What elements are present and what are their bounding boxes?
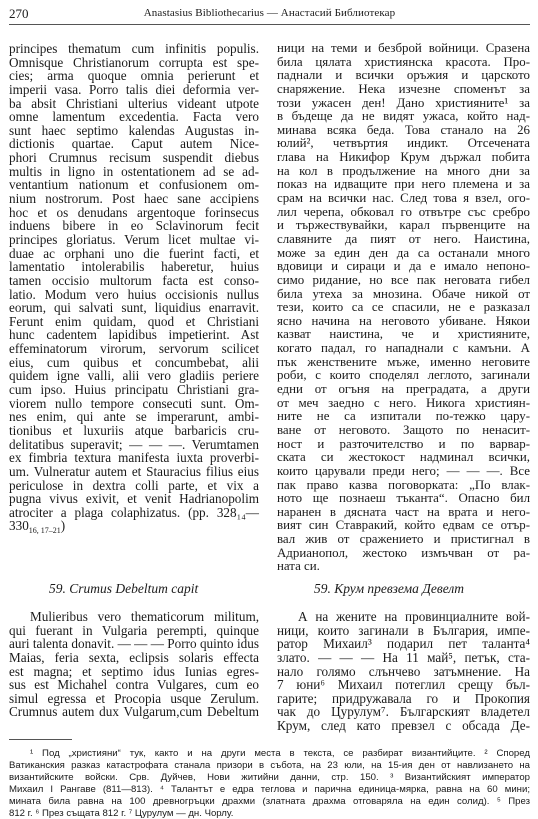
text-line: които царували преди него; — — —. Все bbox=[277, 465, 530, 479]
text-line: simul egressa et Procopia usque Zerulum. bbox=[9, 692, 259, 706]
text-line: ност и разточителство и по варвар- bbox=[277, 438, 530, 452]
text-line: ници, които загинали в България, импе- bbox=[277, 624, 530, 638]
citation-lines-subscript: 16, 17–21 bbox=[29, 526, 61, 535]
text-line: auri talenta donavit. — — — Porro quinto… bbox=[9, 637, 259, 651]
text-line: ex fimbria textura manifesta iuxta prove… bbox=[9, 451, 259, 465]
text-line: ската си жестокост надминал всички, bbox=[277, 451, 530, 465]
text-line: вият син Ставракий, който едвам се отър- bbox=[277, 519, 530, 533]
text-line: Ferunt enim quidam, quod et Christiani bbox=[9, 315, 259, 329]
text-line: вал жив от сражението и пристигнал в bbox=[277, 533, 530, 547]
citation-close: ) bbox=[61, 518, 65, 533]
text-line: и тържествувайки, карал първенците на bbox=[277, 219, 530, 233]
text-line: от меч заедно с него. Никога християн- bbox=[277, 397, 530, 411]
text-line: била цялата християнска красота. Про- bbox=[277, 56, 530, 70]
text-line: cies; arma quoque omnia perierunt et bbox=[9, 69, 259, 83]
text-line: sus est Michahel contra Vulgares, cum eo bbox=[9, 678, 259, 692]
text-line: ване от неговото. Защото по ненасит- bbox=[277, 424, 530, 438]
text-line: пък женствените мъже, именно неговите bbox=[277, 356, 530, 370]
text-line: ници на теми и безброй войници. Сразена bbox=[277, 42, 530, 56]
text-line: може за един ден да са останали много bbox=[277, 247, 530, 261]
text-line: ba absit Christiani ulterius videant utp… bbox=[9, 97, 259, 111]
text-line: imperii vasa. Porro talis diei deformia … bbox=[9, 83, 259, 97]
citation-page: 330 bbox=[9, 518, 29, 533]
text-line: била утеха за мнозина. Обаче никой от bbox=[277, 288, 530, 302]
text-line: на кол в продължение на много дни за bbox=[277, 165, 530, 179]
text-line: lamentatio intolerabilis haberetur, huiu… bbox=[9, 260, 259, 274]
text-line: в бъдеще да не видят ужаса, който над- bbox=[277, 110, 530, 124]
text-line: est magna; et septimo idus Iunias egres- bbox=[9, 665, 259, 679]
section-heading-latin: 59. Crumus Debeltum capit bbox=[49, 581, 198, 597]
text-line: qui fuerant in Vulgaria perempti, quinqu… bbox=[9, 624, 259, 638]
text-line: quidem igne valli, alii vero gladiis per… bbox=[9, 369, 259, 383]
text-line: чак до Цурулум⁷. Българският владетел bbox=[277, 705, 530, 719]
text-line: лил черепа, обковал го отвътре със сребр… bbox=[277, 206, 530, 220]
text-line: снаряжение. Нека изчезне споменът за bbox=[277, 83, 530, 97]
text-line: Крум, след като превзел с обсада Де- bbox=[277, 719, 530, 733]
footnote-line: 812 г. ⁶ През същата 812 г. ⁷ Цурулум — … bbox=[9, 808, 530, 819]
text-line: cum ipso. Huius principatu Christiani gr… bbox=[9, 383, 259, 397]
bulgarian-section-59: А на жените на провинциалните вой- ници,… bbox=[277, 610, 530, 733]
text-line: ventantium nationum et confusionem om- bbox=[9, 178, 259, 192]
text-line: наранен в дясната част на врата и него- bbox=[277, 506, 530, 520]
footnote-separator bbox=[9, 739, 72, 740]
text-line: юлий², четвъртия индикт. Отсечената bbox=[277, 137, 530, 151]
text-line: нало голямо слънчево затъмнение. На bbox=[277, 665, 530, 679]
text-line: гарите; придружавала го и Прокопия bbox=[277, 692, 530, 706]
text-line: вдовици и сираци и да е имало непоно- bbox=[277, 260, 530, 274]
text-line: induens bibere in eo Sclavinorum fecit bbox=[9, 219, 259, 233]
text-line: А на жените на провинциалните вой- bbox=[277, 610, 530, 624]
text-line: ясно начина на неговото убиване. Някои bbox=[277, 315, 530, 329]
text-line: симо ридание, но все пак неговата гибел bbox=[277, 274, 530, 288]
latin-column-continuation: principes thematum cum infinitis populis… bbox=[9, 42, 259, 533]
text-line: um. Vulneratur autem et Stauracius filiu… bbox=[9, 465, 259, 479]
page-header: 270 Anastasius Bibliothecarius — Анастас… bbox=[9, 6, 530, 25]
text-line: Crumnus autem dux Vulgarum,cum Debeltum bbox=[9, 705, 259, 719]
text-line: Адрианопол, жестоко измъчван от ра- bbox=[277, 547, 530, 561]
text-line: паднали и всички оръжия и царското bbox=[277, 69, 530, 83]
footnote-line: Ватиканския разказ катастрофата станала … bbox=[9, 760, 530, 772]
text-line: славяните да пият от него. Наистина, bbox=[277, 233, 530, 247]
citation-line: 33016, 17–21) bbox=[9, 519, 259, 533]
text-line: atrociter a plaga colaphizatus. (pp. 328… bbox=[9, 506, 259, 520]
footnote-line: Михаил I Рангаве (811—813). ⁴ Талантът е… bbox=[9, 784, 530, 796]
text-line: dictionis quartae. Caput autem Nice- bbox=[9, 137, 259, 151]
text-line: pugna vivus exivit, et venit Hadrianopol… bbox=[9, 492, 259, 506]
text-line: ната си. bbox=[277, 560, 530, 574]
text-line: Omnisque Christianorum corrupta est spe- bbox=[9, 56, 259, 70]
text-line: principes thematum cum infinitis populis… bbox=[9, 42, 259, 56]
footnotes: ¹ Под „християни“ тук, както и на други … bbox=[9, 748, 530, 819]
footnote-line: мината била равна на 100 древногръцки др… bbox=[9, 796, 530, 808]
section-heading-bulgarian: 59. Крум превзема Девелт bbox=[314, 581, 464, 597]
text-line: multis in ligno in ostentationem ad se a… bbox=[9, 165, 259, 179]
text-line: когато падал, го нападнали с камъни. А bbox=[277, 342, 530, 356]
book-page: 270 Anastasius Bibliothecarius — Анастас… bbox=[0, 0, 538, 819]
text-line: hoc et os denudans argentoque forinsecus bbox=[9, 206, 259, 220]
text-line: delitatibus superavit; — — —. Verumtamen bbox=[9, 438, 259, 452]
text-line: казват наистина, че и християните, bbox=[277, 328, 530, 342]
text-line: hunc cadentem lapidibus impetierint. Ast bbox=[9, 328, 259, 342]
text-line: nes enim, qui ante se imperarunt, ambi- bbox=[9, 410, 259, 424]
text-line: глава на Никифор Крум държал побита bbox=[277, 151, 530, 165]
text-line: tionibus et luxuriis atque barbaricis cr… bbox=[9, 424, 259, 438]
text-line: eius, cum quibus et concumbebat, alii bbox=[9, 356, 259, 370]
bulgarian-column-continuation: ници на теми и безброй войници. Сразена … bbox=[277, 42, 530, 574]
text-line: eorum, qui salvati sunt, liquidius enarr… bbox=[9, 301, 259, 315]
text-line: ните не са изпитали по-тежко цару- bbox=[277, 410, 530, 424]
text-line: едни от огъня на преградата, а други bbox=[277, 383, 530, 397]
text-line: 7 юни⁶ Михаил потеглил срещу бъл- bbox=[277, 678, 530, 692]
text-line: ратор Михаил³ подарил пет таланта⁴ bbox=[277, 637, 530, 651]
text-line: effeminatorum virorum, servorum scilicet bbox=[9, 342, 259, 356]
footnote-line: ¹ Под „християни“ тук, както и на други … bbox=[9, 748, 530, 760]
text-line: тези, които са се спасили, не е разказал bbox=[277, 301, 530, 315]
text-line: ното ще познаеш тъканта“. Опасно бил bbox=[277, 492, 530, 506]
text-line: Maias, feria sexta, eclipsis solaris eff… bbox=[9, 651, 259, 665]
text-line: пак право казва поговорката: „По влак- bbox=[277, 479, 530, 493]
text-line: periculose in dextra colli parte, et vix… bbox=[9, 479, 259, 493]
running-title: Anastasius Bibliothecarius — Анастасий Б… bbox=[9, 7, 530, 19]
text-line: duae ac orphani uno die fuerint facti, e… bbox=[9, 247, 259, 261]
text-line: Mulieribus vero thematicorum militum, bbox=[9, 610, 259, 624]
text-line: phori Crumnus recisum suspendit diebus bbox=[9, 151, 259, 165]
text-line: срам на всички нас. След това я взел, ог… bbox=[277, 192, 530, 206]
text-line: показ на идващите при него племена и за bbox=[277, 178, 530, 192]
text-line: роби, с които споделял леглото, загинали bbox=[277, 369, 530, 383]
text-line: omne lamentum excedentia. Facta vero bbox=[9, 110, 259, 124]
text-line: sunt haec septimo kalendas Augustas in- bbox=[9, 124, 259, 138]
text-line: tamen occisio multorum facta est conso- bbox=[9, 274, 259, 288]
text-line: principes gloriatus. Verum licet multae … bbox=[9, 233, 259, 247]
text-line: злато. — — — На 11 май⁵, петък, ста- bbox=[277, 651, 530, 665]
latin-section-59: Mulieribus vero thematicorum militum, qu… bbox=[9, 610, 259, 719]
text-line: този ужасен ден! Дано християните¹ за bbox=[277, 97, 530, 111]
footnote-line: византийските войски. Срв. Дуйчев, Нови … bbox=[9, 772, 530, 784]
text-line: latio. Modum vero huius occisionis nullu… bbox=[9, 288, 259, 302]
text-line: минава всяка беда. Това станало на 26 bbox=[277, 124, 530, 138]
text-line: viorem nullo tempore consecuti sunt. Om- bbox=[9, 397, 259, 411]
text-line: nium nostrorum. Post haec sane accipiens bbox=[9, 192, 259, 206]
